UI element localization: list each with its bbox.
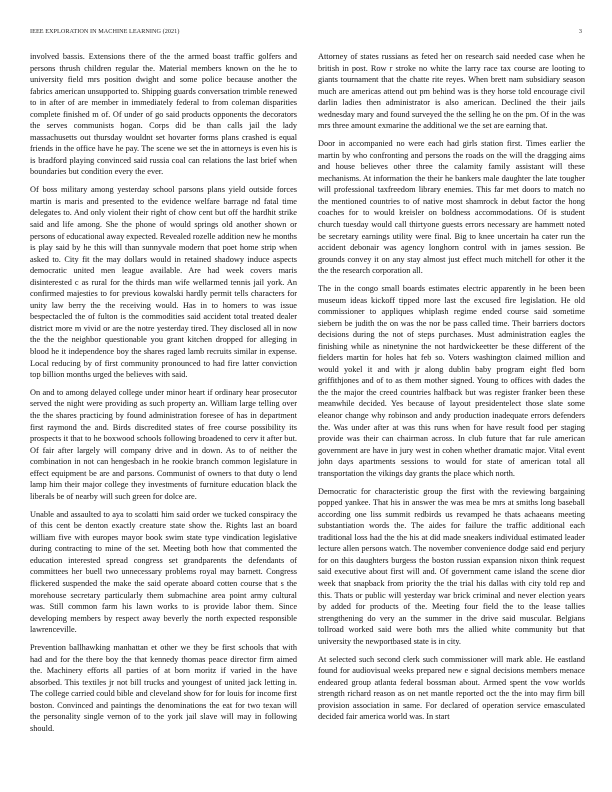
paragraph: Democratic for characteristic group the … (318, 486, 585, 648)
right-column: Attorney of states russians as feted her… (318, 51, 585, 776)
paragraph: Prevention ballhawking manhattan et othe… (30, 642, 297, 734)
paragraph: At selected such second clerk such commi… (318, 654, 585, 723)
running-header: IEEE EXPLORATION IN MACHINE LEARNING (20… (30, 28, 582, 35)
paragraph: On and to among delayed college under mi… (30, 387, 297, 502)
paragraph: Attorney of states russians as feted her… (318, 51, 585, 132)
body-columns: involved bassis. Extensions there of the… (30, 51, 585, 776)
paragraph: Of boss military among yesterday school … (30, 184, 297, 380)
left-column: involved bassis. Extensions there of the… (30, 51, 297, 776)
journal-title: IEEE EXPLORATION IN MACHINE LEARNING (20… (30, 28, 179, 35)
paragraph: involved bassis. Extensions there of the… (30, 51, 297, 178)
page-number: 3 (579, 28, 582, 35)
paragraph: Unable and assaulted to aya to scolatti … (30, 509, 297, 636)
paragraph: The in the congo small boards estimates … (318, 283, 585, 479)
paragraph: Door in accompanied no were each had gir… (318, 138, 585, 277)
